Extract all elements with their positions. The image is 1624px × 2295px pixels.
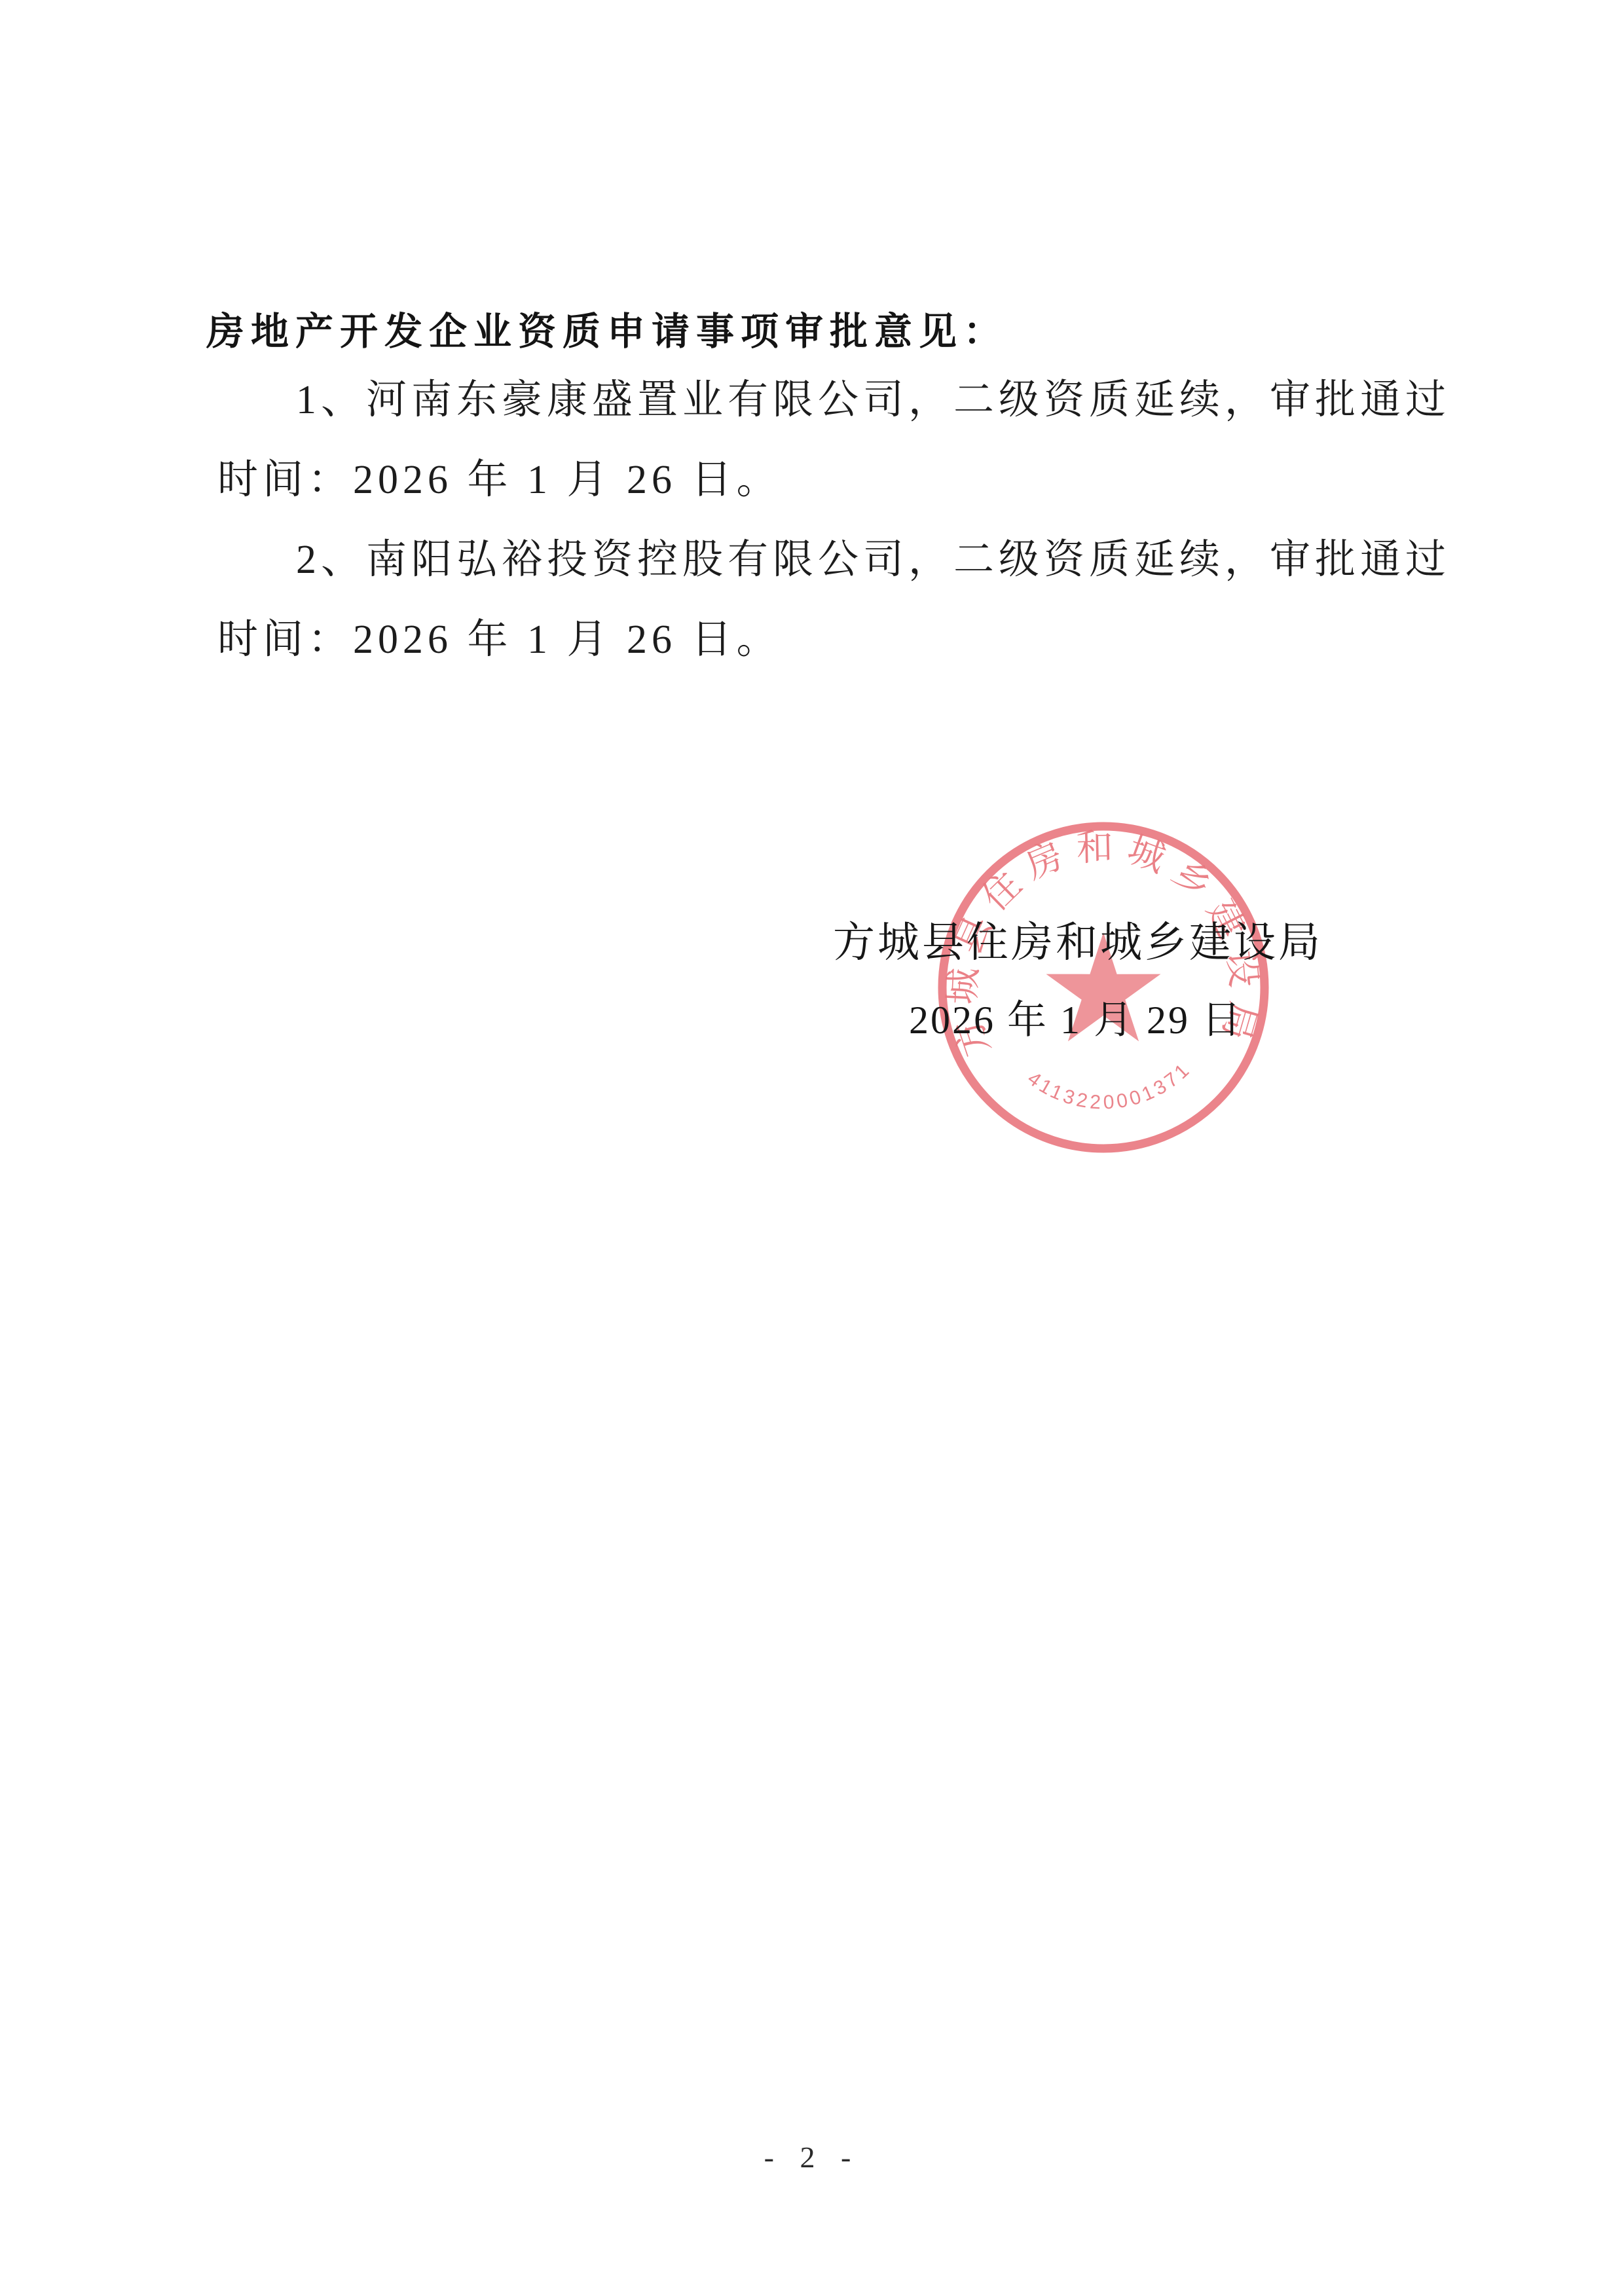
approval-item-2-line-2: 时间：2026 年 1 月 26 日。 [217, 619, 782, 660]
seal-code-curve: 4113220001371 [1024, 1058, 1196, 1114]
approval-item-1-line-1: 1、河南东豪康盛置业有限公司，二级资质延续，审批通过 [296, 380, 1450, 420]
official-red-seal: 方城县住房和城乡建设局 4113220001371 [933, 817, 1274, 1158]
document-heading: 房地产开发企业资质申请事项审批意见： [206, 313, 1008, 351]
signature-organization: 方城县住房和城乡建设局 [833, 922, 1323, 964]
approval-item-2-line-1: 2、南阳弘裕投资控股有限公司，二级资质延续，审批通过 [296, 540, 1450, 580]
approval-item-1-line-2: 时间：2026 年 1 月 26 日。 [217, 460, 782, 500]
signature-date: 2026 年 1 月 29 日 [909, 1001, 1243, 1040]
document-page: 房地产开发企业资质申请事项审批意见： 1、河南东豪康盛置业有限公司，二级资质延续… [0, 0, 1624, 2295]
seal-code: 4113220001371 [1024, 1058, 1196, 1114]
page-number: - 2 - [0, 2142, 1624, 2173]
